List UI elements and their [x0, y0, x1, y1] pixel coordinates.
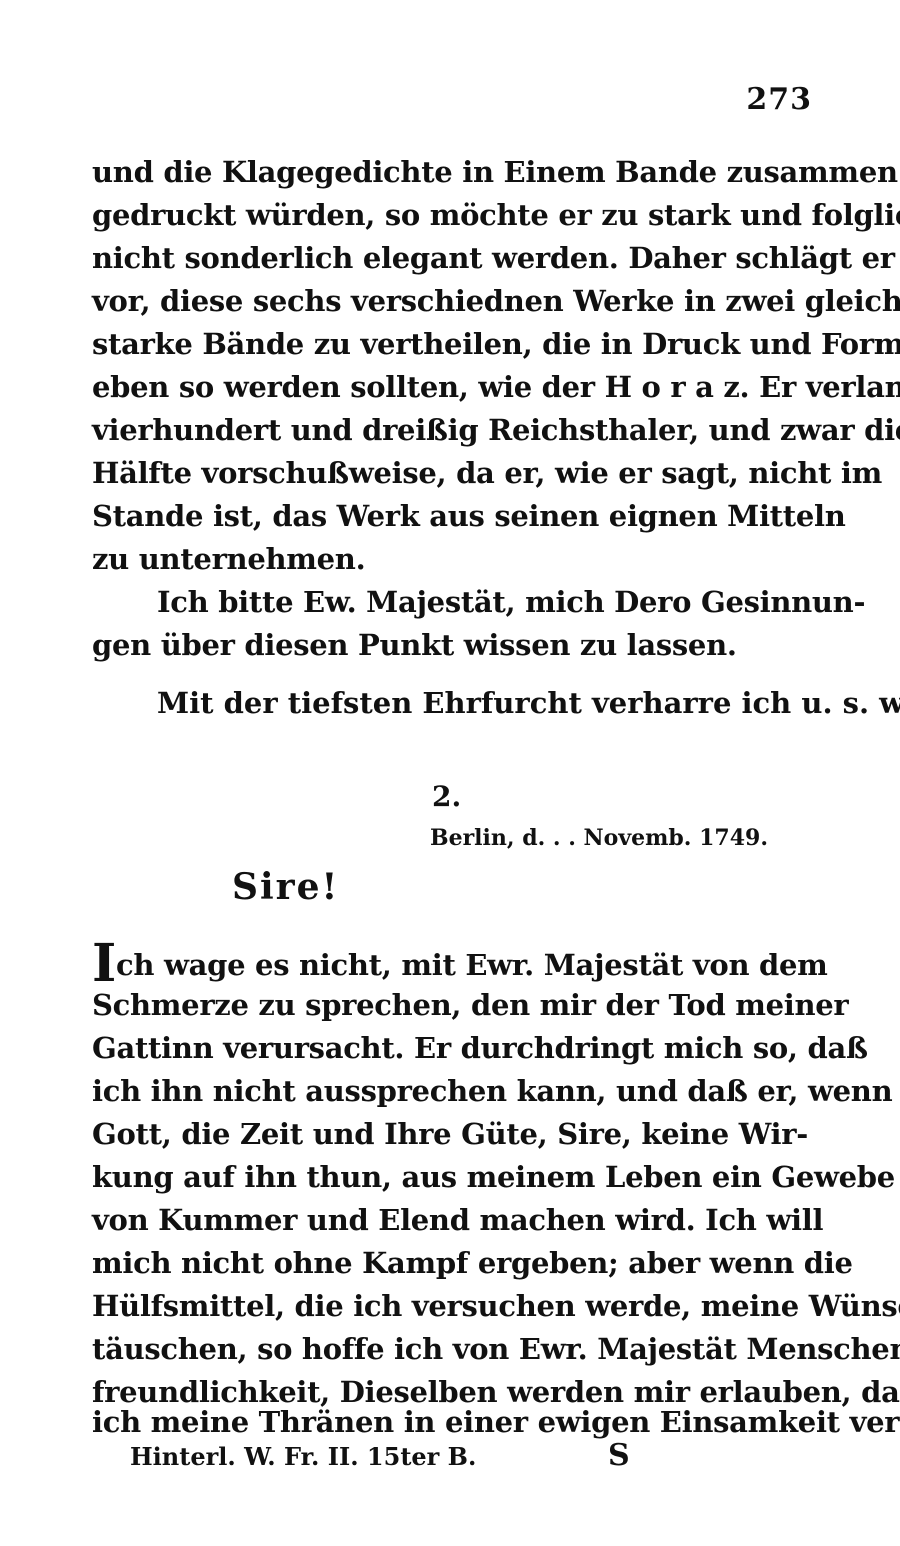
text-line: gedruckt würden, so möchte er zu stark u… — [92, 195, 808, 235]
text-line: zu unternehmen. — [92, 539, 808, 579]
text-line: Stande ist, das Werk aus seinen eignen M… — [92, 496, 808, 536]
closing-formula: Mit der tiefsten Ehrfurcht verharre ich … — [157, 683, 900, 723]
first-text-line: Ich wage es nicht, mit Ewr. Majestät von… — [92, 944, 808, 985]
text-line: eben so werden sollten, wie der H o r a … — [92, 367, 808, 407]
letter-number: 2. — [432, 780, 461, 813]
salutation: Sire! — [232, 866, 339, 908]
text-line: kung auf ihn thun, aus meinem Leben ein … — [92, 1157, 808, 1197]
signature-mark: S — [608, 1438, 630, 1473]
text-line: ich ihn nicht aussprechen kann, und daß … — [92, 1071, 808, 1111]
text-line: Schmerze zu sprechen, den mir der Tod me… — [92, 985, 808, 1025]
text-line: vor, diese sechs verschiednen Werke in z… — [92, 281, 808, 321]
text-line: Hülfsmittel, die ich versuchen werde, me… — [92, 1286, 808, 1326]
first-line-text: ch wage es nicht, mit Ewr. Majestät von … — [116, 948, 828, 982]
text-line: mich nicht ohne Kampf ergeben; aber wenn… — [92, 1243, 808, 1283]
text-line: Ich bitte Ew. Majestät, mich Dero Gesinn… — [157, 582, 808, 622]
text-line: starke Bände zu vertheilen, die in Druck… — [92, 324, 808, 364]
dateline: Berlin, d. . . Novemb. 1749. — [430, 825, 768, 851]
text-line: von Kummer und Elend machen wird. Ich wi… — [92, 1200, 808, 1240]
text-line: nicht sonderlich elegant werden. Daher s… — [92, 238, 808, 278]
text-line: Hälfte vorschußweise, da er, wie er sagt… — [92, 453, 808, 493]
text-line: täuschen, so hoffe ich von Ewr. Majestät… — [92, 1329, 808, 1369]
text-line: Gott, die Zeit und Ihre Güte, Sire, kein… — [92, 1114, 808, 1154]
signature-line: Hinterl. W. Fr. II. 15ter B. — [130, 1442, 476, 1471]
book-page: 273 und die Klagegedichte in Einem Bande… — [0, 0, 900, 1546]
text-line: und die Klagegedichte in Einem Bande zus… — [92, 152, 808, 192]
text-line: vierhundert und dreißig Reichsthaler, un… — [92, 410, 808, 450]
text-line: Gattinn verursacht. Er durchdringt mich … — [92, 1028, 808, 1068]
text-line: ich meine Thränen in einer ewigen Einsam… — [92, 1402, 808, 1442]
text-line: gen über diesen Punkt wissen zu lassen. — [92, 625, 808, 665]
page-number: 273 — [746, 82, 812, 117]
